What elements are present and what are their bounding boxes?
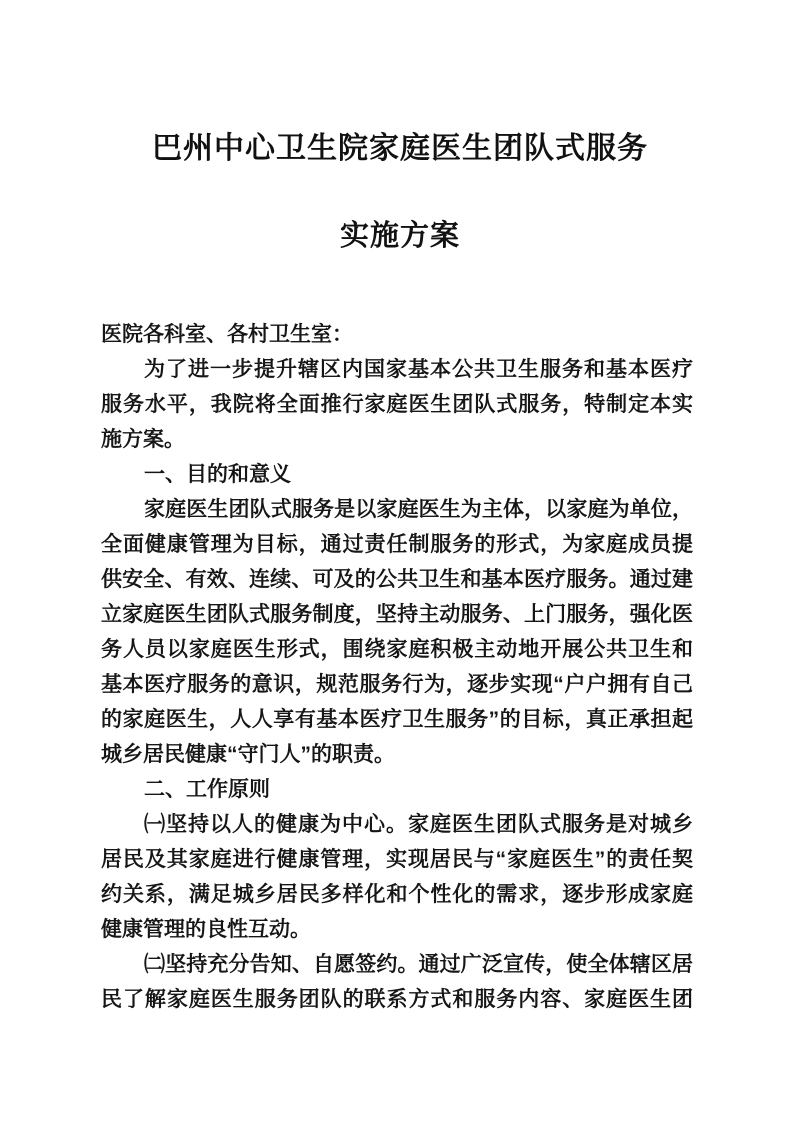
body-line: 务人员以家庭医生形式，围绕家庭积极主动地开展公共卫生和 <box>101 632 693 667</box>
body-line: 服务水平，我院将全面推行家庭医生团队式服务，特制定本实 <box>101 387 693 422</box>
body-line: 供安全、有效、连续、可及的公共卫生和基本医疗服务。通过建 <box>101 562 693 597</box>
body-line: 城乡居民健康“守门人”的职责。 <box>101 737 693 772</box>
body-line: 全面健康管理为目标，通过责任制服务的形式，为家庭成员提 <box>101 527 693 562</box>
body-line: ㈡坚持充分告知、自愿签约。通过广泛宣传，使全体辖区居 <box>101 947 693 982</box>
body-line: 的家庭医生，人人享有基本医疗卫生服务”的目标，真正承担起 <box>101 702 693 737</box>
body-line: 健康管理的良性互动。 <box>101 912 693 947</box>
document-title: 巴州中心卫生院家庭医生团队式服务 <box>100 131 700 167</box>
body-line: ㈠坚持以人的健康为中心。家庭医生团队式服务是对城乡 <box>101 807 693 842</box>
body-line: 基本医疗服务的意识，规范服务行为，逐步实现“户户拥有自己 <box>101 667 693 702</box>
body-line: 施方案。 <box>101 422 693 457</box>
body-line: 约关系，满足城乡居民多样化和个性化的需求，逐步形成家庭 <box>101 877 693 912</box>
body-line: 民了解家庭医生服务团队的联系方式和服务内容、家庭医生团 <box>101 982 693 1017</box>
body-line: 立家庭医生团队式服务制度，坚持主动服务、上门服务，强化医 <box>101 597 693 632</box>
body-line: 居民及其家庭进行健康管理，实现居民与“家庭医生”的责任契 <box>101 842 693 877</box>
document-page: 巴州中心卫生院家庭医生团队式服务 实施方案 医院各科室、各村卫生室： 为了进一步… <box>0 0 800 1132</box>
document-body: 医院各科室、各村卫生室： 为了进一步提升辖区内国家基本公共卫生服务和基本医疗 服… <box>101 317 693 1017</box>
body-line: 为了进一步提升辖区内国家基本公共卫生服务和基本医疗 <box>101 352 693 387</box>
document-subtitle: 实施方案 <box>100 218 700 254</box>
body-heading-1: 一、目的和意义 <box>101 457 693 492</box>
body-heading-2: 二、工作原则 <box>101 772 693 807</box>
body-line-salutation: 医院各科室、各村卫生室： <box>101 317 693 352</box>
body-line: 家庭医生团队式服务是以家庭医生为主体，以家庭为单位， <box>101 492 693 527</box>
